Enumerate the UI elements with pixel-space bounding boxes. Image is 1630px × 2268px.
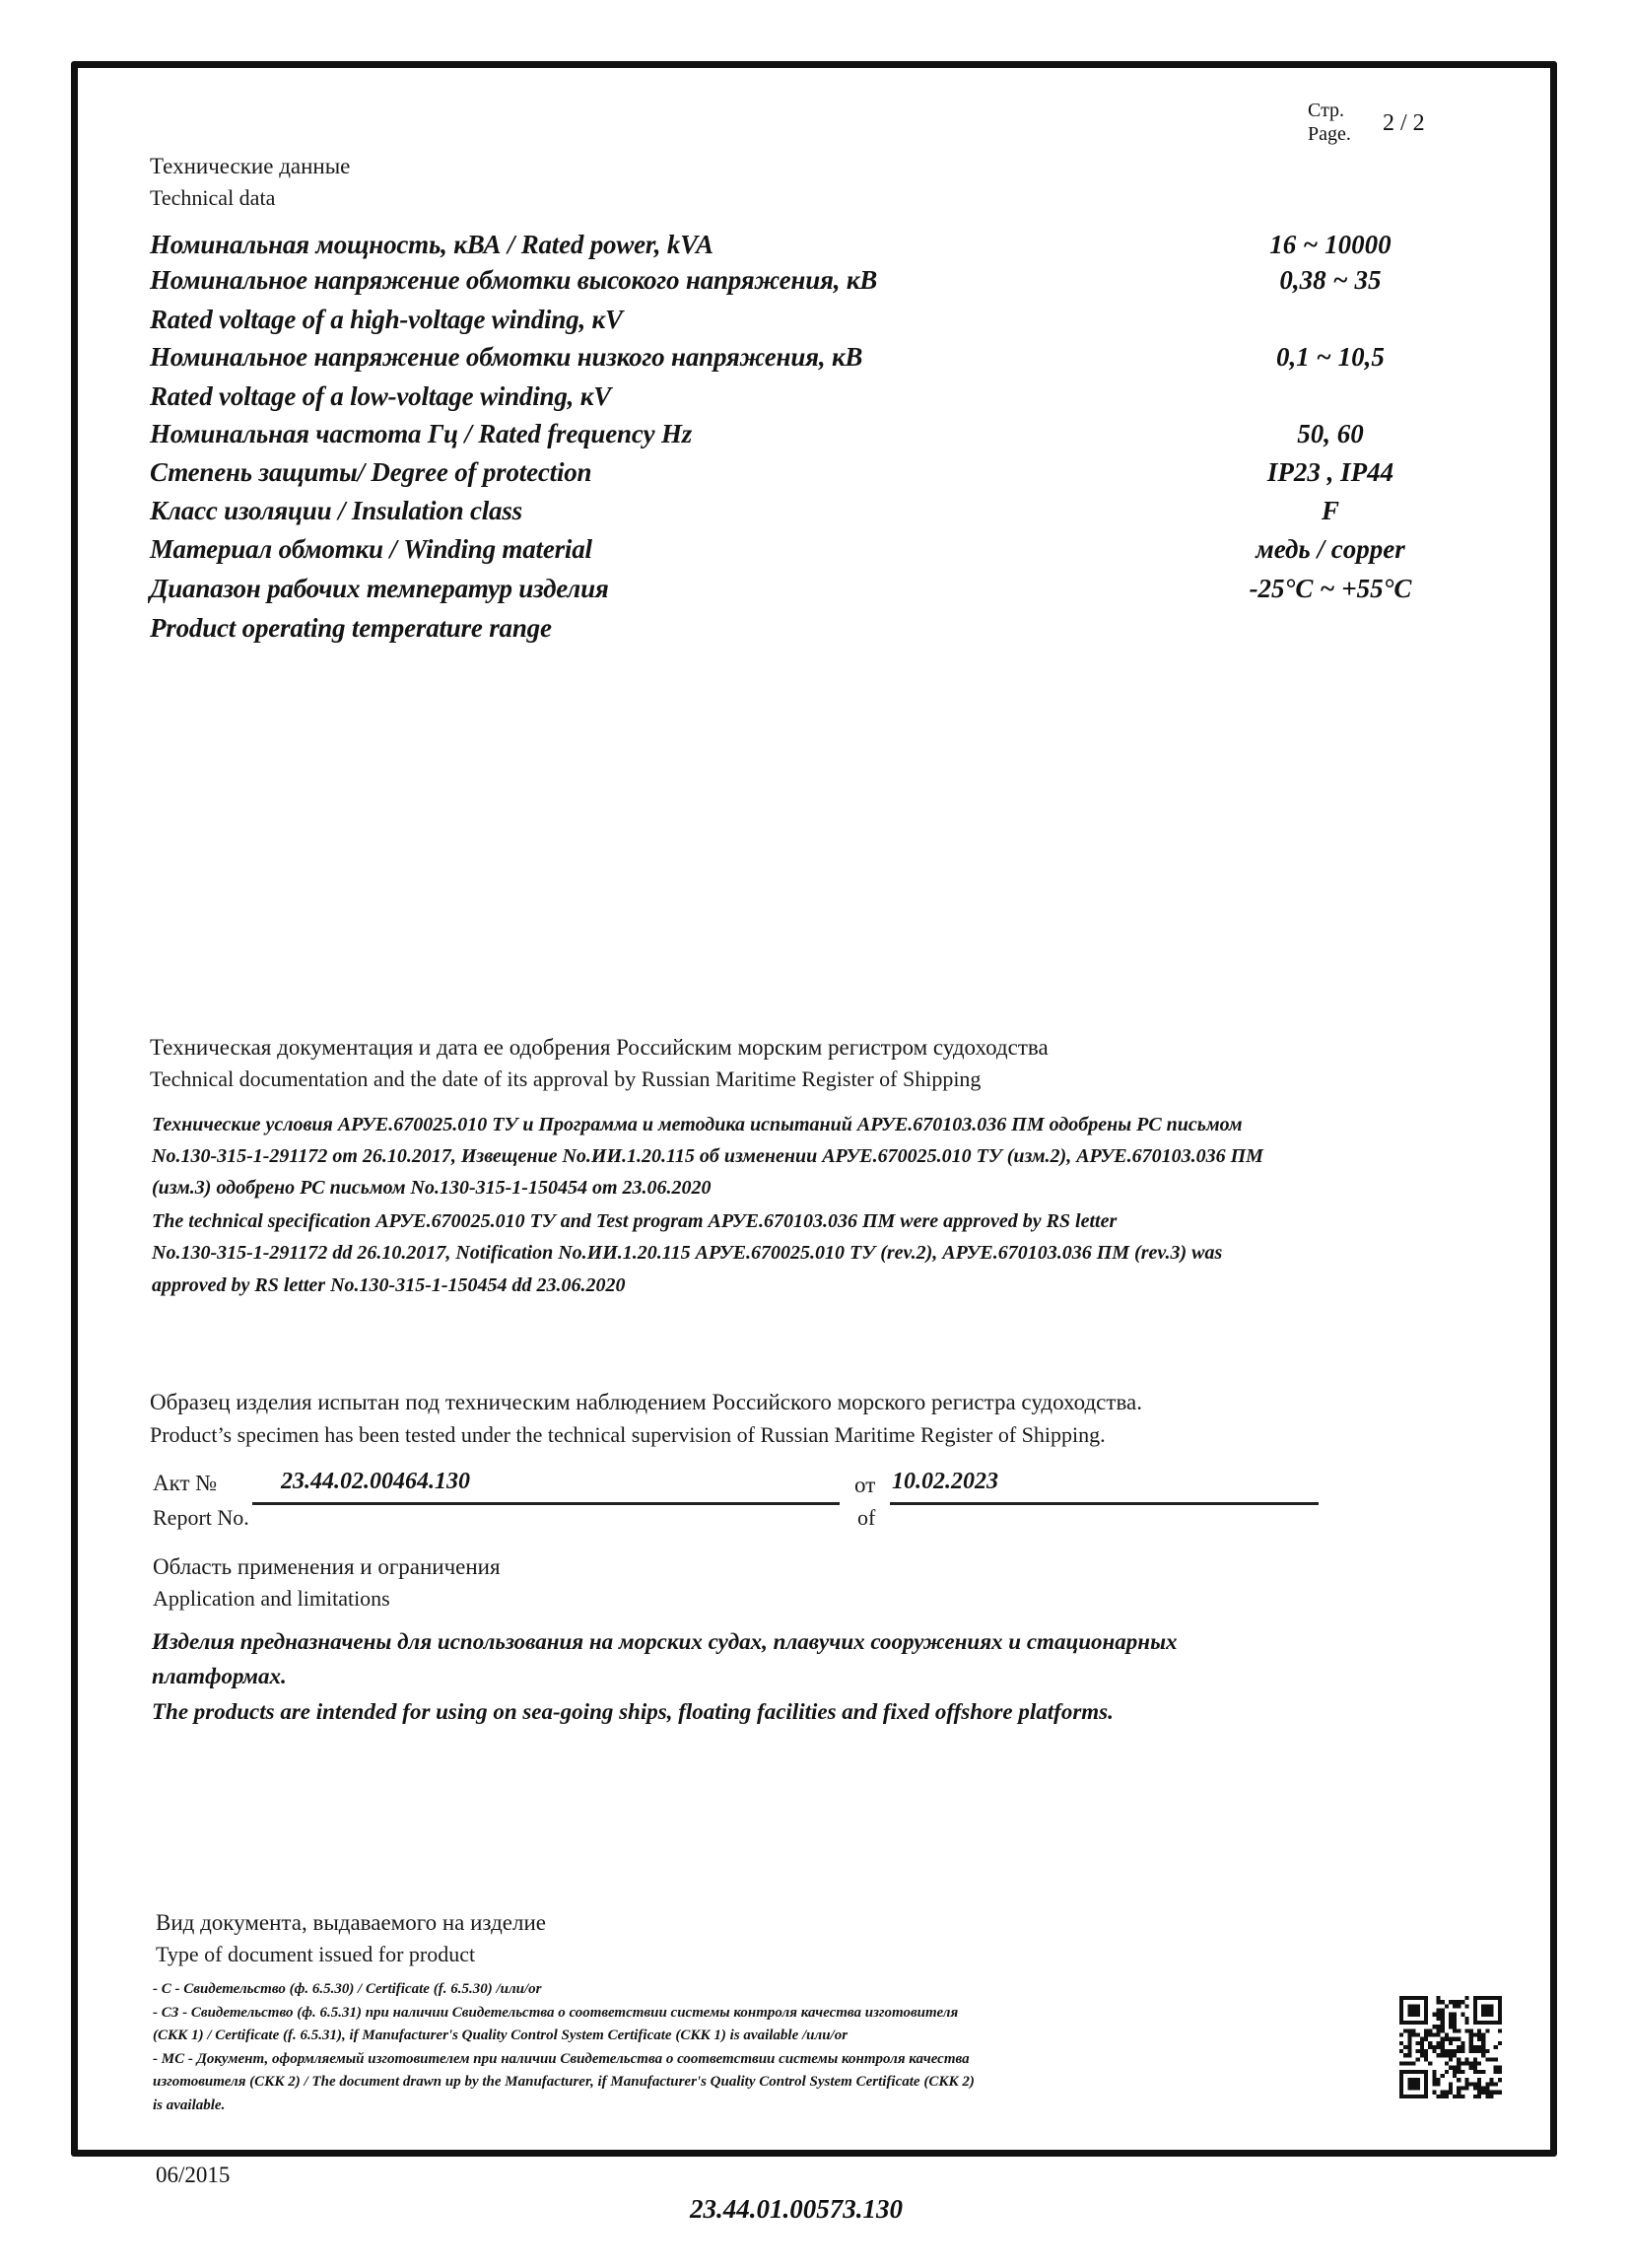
document-frame bbox=[71, 61, 1557, 2157]
document-type-heading-ru: Вид документа, выдаваемого на изделие bbox=[156, 1910, 546, 1936]
report-number: 23.44.02.00464.130 bbox=[281, 1469, 470, 1495]
tech-row-label: Rated voltage of a low-voltage winding, … bbox=[150, 381, 611, 412]
tech-row-label: Product operating temperature range bbox=[150, 613, 552, 644]
tech-doc-line: approved by RS letter No.130-315-1-15045… bbox=[152, 1274, 626, 1297]
document-type-line: - С - Свидетельство (ф. 6.5.30) / Certif… bbox=[153, 1981, 542, 1998]
tech-doc-line: No.130-315-1-291172 dd 26.10.2017, Notif… bbox=[152, 1242, 1222, 1265]
page-label-en: Page. bbox=[1308, 122, 1351, 146]
tech-row-value: медь / copper bbox=[1202, 534, 1459, 565]
application-heading-en: Application and limitations bbox=[153, 1586, 390, 1612]
form-date: 06/2015 bbox=[156, 2163, 230, 2188]
tech-doc-line: Технические условия АРУЕ.670025.010 ТУ и… bbox=[152, 1114, 1243, 1136]
tech-doc-line: The technical specification АРУЕ.670025.… bbox=[152, 1210, 1117, 1233]
report-date-underline bbox=[890, 1502, 1319, 1505]
tech-doc-heading-ru: Техническая документация и дата ее одобр… bbox=[150, 1035, 1049, 1061]
document-type-line: (СКК 1) / Certificate (f. 6.5.31), if Ma… bbox=[153, 2027, 848, 2044]
tech-doc-heading-en: Technical documentation and the date of … bbox=[150, 1066, 981, 1092]
application-heading-ru: Область применения и ограничения bbox=[153, 1554, 501, 1580]
page-label: Стр. Page. bbox=[1308, 99, 1351, 146]
document-type-line: - МС - Документ, оформляемый изготовител… bbox=[153, 2051, 970, 2068]
application-line: платформах. bbox=[152, 1664, 287, 1689]
tech-row-label: Материал обмотки / Winding material bbox=[150, 534, 592, 565]
specimen-text-ru: Образец изделия испытан под техническим … bbox=[150, 1390, 1142, 1415]
page-number: 2 / 2 bbox=[1383, 110, 1425, 137]
report-label-ru: Акт № bbox=[153, 1471, 217, 1496]
tech-row-label: Класс изоляции / Insulation class bbox=[150, 496, 522, 526]
report-of-en: of bbox=[857, 1505, 875, 1531]
tech-row-value: F bbox=[1202, 496, 1459, 526]
page-label-ru: Стр. bbox=[1308, 99, 1351, 122]
tech-row-label: Номинальная мощность, кВА / Rated power,… bbox=[150, 230, 713, 260]
certificate-number: 23.44.01.00573.130 bbox=[690, 2194, 903, 2225]
tech-row-label: Степень защиты/ Degree of protection bbox=[150, 457, 591, 488]
tech-row-value: IP23 , IP44 bbox=[1202, 457, 1459, 488]
document-type-line: изготовителя (СКК 2) / The document draw… bbox=[153, 2074, 975, 2091]
report-label-en: Report No. bbox=[153, 1505, 249, 1531]
tech-row-value: -25°C ~ +55°C bbox=[1202, 574, 1459, 604]
tech-row-label: Номинальное напряжение обмотки низкого н… bbox=[150, 342, 862, 373]
tech-row-label: Номинальное напряжение обмотки высокого … bbox=[150, 265, 877, 296]
tech-row-value: 50, 60 bbox=[1202, 419, 1459, 449]
specimen-text-en: Product’s specimen has been tested under… bbox=[150, 1422, 1106, 1448]
technical-data-heading-ru: Технические данные bbox=[150, 154, 350, 179]
report-date: 10.02.2023 bbox=[892, 1469, 998, 1495]
tech-row-label: Диапазон рабочих температур изделия bbox=[150, 574, 609, 604]
document-type-heading-en: Type of document issued for product bbox=[156, 1942, 475, 1967]
tech-row-value: 0,38 ~ 35 bbox=[1202, 265, 1459, 296]
tech-row-label: Номинальная частота Гц / Rated frequency… bbox=[150, 419, 692, 449]
application-line: Изделия предназначены для использования … bbox=[152, 1629, 1178, 1655]
tech-row-label: Rated voltage of a high-voltage winding,… bbox=[150, 305, 623, 335]
tech-doc-line: No.130-315-1-291172 от 26.10.2017, Извещ… bbox=[152, 1145, 1263, 1168]
document-type-line: is available. bbox=[153, 2097, 225, 2114]
report-number-underline bbox=[252, 1502, 840, 1505]
application-line: The products are intended for using on s… bbox=[152, 1699, 1114, 1725]
tech-doc-line: (изм.3) одобрено РС письмом No.130-315-1… bbox=[152, 1177, 712, 1200]
report-of-ru: от bbox=[854, 1473, 875, 1498]
tech-row-value: 0,1 ~ 10,5 bbox=[1202, 342, 1459, 373]
document-type-line: - СЗ - Свидетельство (ф. 6.5.31) при нал… bbox=[153, 2005, 958, 2022]
technical-data-heading-en: Technical data bbox=[150, 185, 275, 211]
tech-row-value: 16 ~ 10000 bbox=[1202, 230, 1459, 260]
qr-code-icon bbox=[1399, 1996, 1502, 2098]
